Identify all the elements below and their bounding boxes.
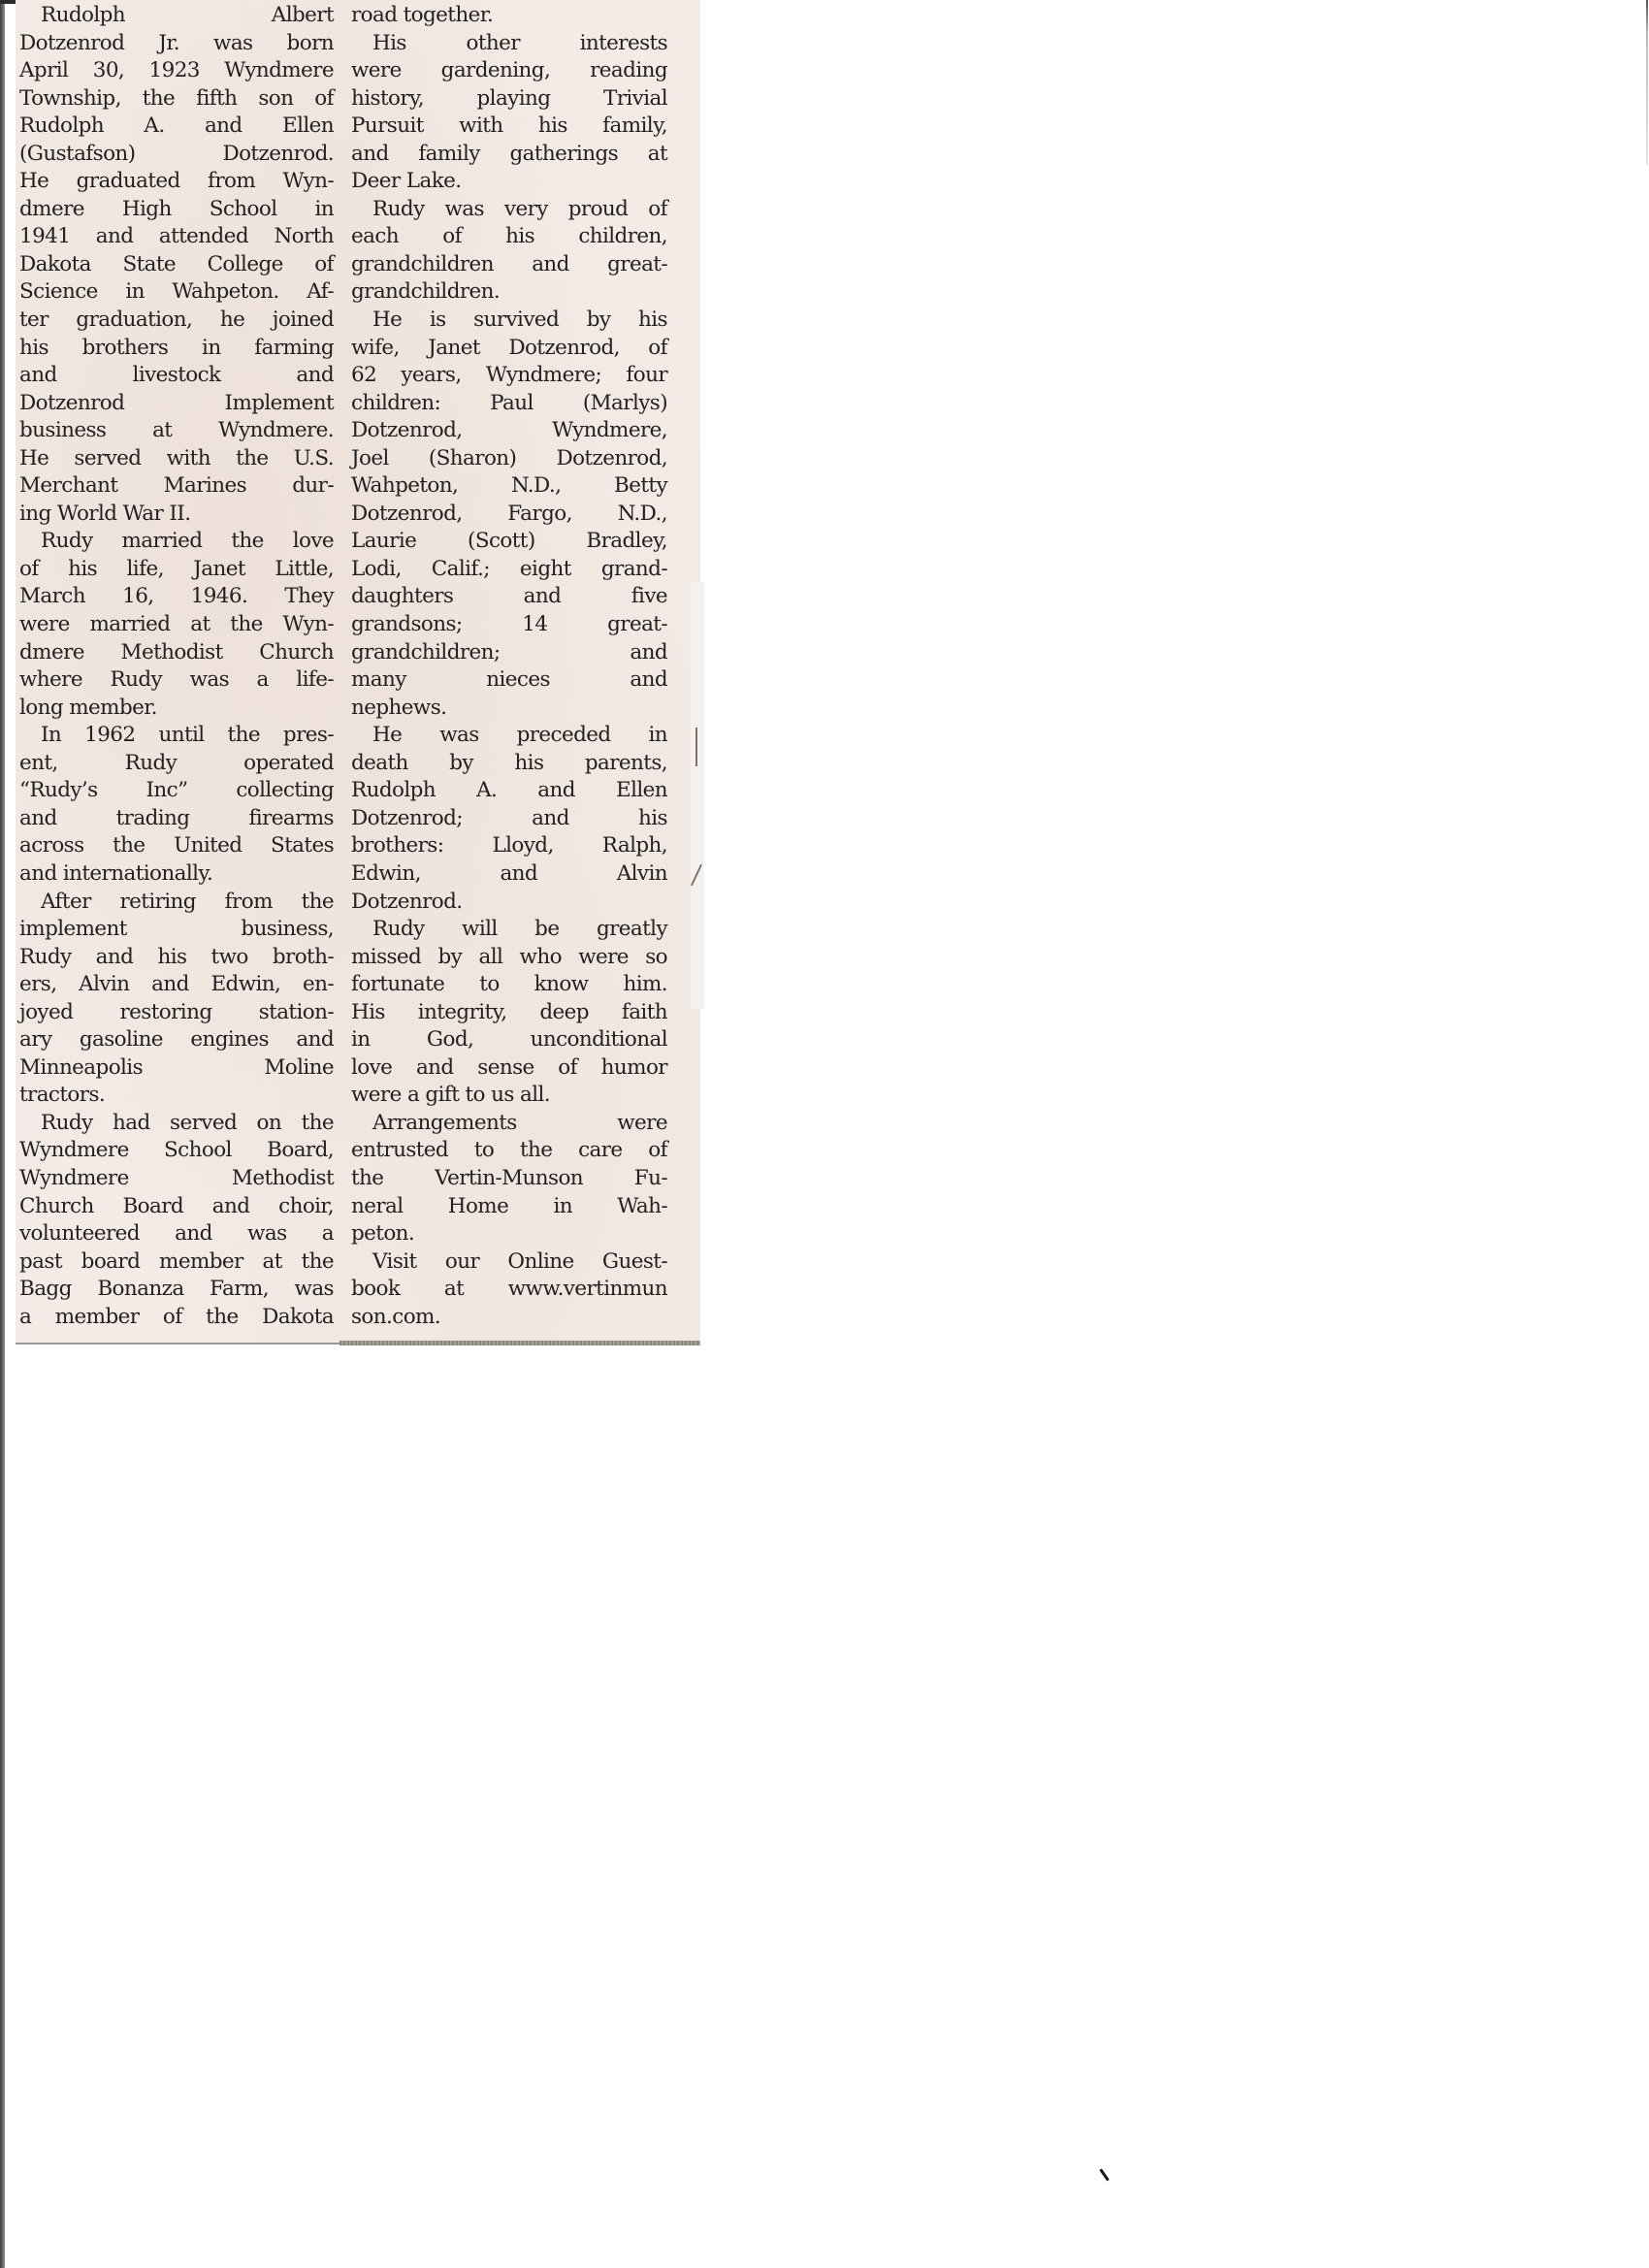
text-line: Dakota State College of [19, 251, 334, 279]
text-line: Rudy and his two broth- [19, 944, 334, 972]
text-line: nephews. [351, 695, 667, 723]
text-line: across the United States [19, 832, 334, 860]
text-line: Laurie (Scott) Bradley, [351, 528, 667, 556]
text-line: grandsons; 14 great- [351, 611, 667, 639]
text-line: children: Paul (Marlys) [351, 390, 667, 418]
text-line: Wyndmere Methodist [19, 1165, 334, 1193]
text-line: and livestock and [19, 362, 334, 390]
text-line: in God, unconditional [351, 1026, 667, 1054]
text-line: Wyndmere School Board, [19, 1137, 334, 1165]
text-line: of his life, Janet Little, [19, 556, 334, 584]
text-line: death by his parents, [351, 750, 667, 778]
text-line: grandchildren and great- [351, 251, 667, 279]
scan-speck-mark [1099, 2168, 1109, 2181]
text-line: Science in Wahpeton. Af- [19, 278, 334, 307]
text-line: peton. [351, 1220, 667, 1248]
text-line: Rudy was very proud of [351, 196, 667, 224]
text-line: ers, Alvin and Edwin, en- [19, 971, 334, 999]
text-line: brothers: Lloyd, Ralph, [351, 832, 667, 860]
text-line: Dotzenrod Jr. was born [19, 30, 334, 58]
clipping-bottom-edge [339, 1341, 700, 1345]
text-line: where Rudy was a life- [19, 666, 334, 695]
text-line: His other interests [351, 30, 667, 58]
text-line: Pursuit with his family, [351, 113, 667, 141]
text-line: 62 years, Wyndmere; four [351, 362, 667, 390]
text-line: history, playing Trivial [351, 85, 667, 113]
text-line: He is survived by his [351, 307, 667, 335]
text-line: Rudolph Albert [19, 2, 334, 30]
text-line: Deer Lake. [351, 168, 667, 196]
text-line: wife, Janet Dotzenrod, of [351, 335, 667, 363]
text-line: Joel (Sharon) Dotzenrod, [351, 445, 667, 473]
text-line: Township, the fifth son of [19, 85, 334, 113]
text-line: dmere High School in [19, 196, 334, 224]
text-line: many nieces and [351, 666, 667, 695]
text-line: After retiring from the [19, 889, 334, 917]
text-line: Lodi, Calif.; eight grand- [351, 556, 667, 584]
text-line: were gardening, reading [351, 57, 667, 85]
text-line: road together. [351, 2, 667, 30]
text-line: (Gustafson) Dotzenrod. [19, 141, 334, 169]
text-line: ing World War II. [19, 501, 334, 529]
text-line: entrusted to the care of [351, 1137, 667, 1165]
text-line: love and sense of humor [351, 1054, 667, 1083]
text-line: a member of the Dakota [19, 1304, 334, 1332]
scanner-left-edge [0, 0, 5, 2268]
paper-edge-mark [695, 728, 697, 766]
text-line: volunteered and was a [19, 1220, 334, 1248]
text-line: grandchildren. [351, 278, 667, 307]
text-line: implement business, [19, 916, 334, 944]
text-line: Dotzenrod; and his [351, 805, 667, 833]
text-line: He was preceded in [351, 722, 667, 750]
text-line: 1941 and attended North [19, 223, 334, 251]
text-line: Bagg Bonanza Farm, was [19, 1276, 334, 1304]
text-line: long member. [19, 695, 334, 723]
text-line: His integrity, deep faith [351, 999, 667, 1027]
text-line: He graduated from Wyn- [19, 168, 334, 196]
text-line: Visit our Online Guest- [351, 1248, 667, 1277]
text-line: were married at the Wyn- [19, 611, 334, 639]
text-line: son.com. [351, 1304, 667, 1332]
text-line: and internationally. [19, 860, 334, 889]
text-line: were a gift to us all. [351, 1082, 667, 1110]
scanner-right-edge [1646, 0, 1648, 165]
text-line: each of his children, [351, 223, 667, 251]
text-line: He served with the U.S. [19, 445, 334, 473]
obituary-column-2: road together.His other interestswere ga… [351, 2, 667, 1331]
text-line: Rudy will be greatly [351, 916, 667, 944]
clipping-overlap-strip [691, 582, 704, 1009]
text-line: Rudy had served on the [19, 1110, 334, 1138]
text-line: fortunate to know him. [351, 971, 667, 999]
text-line: his brothers in farming [19, 335, 334, 363]
text-line: ent, Rudy operated [19, 750, 334, 778]
text-line: Wahpeton, N.D., Betty [351, 472, 667, 501]
text-line: Edwin, and Alvin [351, 860, 667, 889]
text-line: tractors. [19, 1082, 334, 1110]
text-line: Rudy married the love [19, 528, 334, 556]
text-line: ter graduation, he joined [19, 307, 334, 335]
text-line: Church Board and choir, [19, 1193, 334, 1221]
text-line: the Vertin-Munson Fu- [351, 1165, 667, 1193]
text-line: ary gasoline engines and [19, 1026, 334, 1054]
text-line: In 1962 until the pres- [19, 722, 334, 750]
text-line: grandchildren; and [351, 639, 667, 667]
text-line: “Rudy’s Inc” collecting [19, 777, 334, 805]
text-line: April 30, 1923 Wyndmere [19, 57, 334, 85]
obituary-column-1: Rudolph AlbertDotzenrod Jr. was bornApri… [19, 2, 334, 1331]
text-line: joyed restoring station- [19, 999, 334, 1027]
text-line: business at Wyndmere. [19, 417, 334, 445]
text-line: dmere Methodist Church [19, 639, 334, 667]
text-line: Merchant Marines dur- [19, 472, 334, 501]
text-line: Dotzenrod. [351, 889, 667, 917]
text-line: March 16, 1946. They [19, 583, 334, 611]
text-line: and family gatherings at [351, 141, 667, 169]
text-line: Dotzenrod, Wyndmere, [351, 417, 667, 445]
text-line: Minneapolis Moline [19, 1054, 334, 1083]
text-line: neral Home in Wah- [351, 1193, 667, 1221]
text-line: Dotzenrod Implement [19, 390, 334, 418]
text-line: daughters and five [351, 583, 667, 611]
text-line: past board member at the [19, 1248, 334, 1277]
text-line: book at www.vertinmun [351, 1276, 667, 1304]
text-line: Dotzenrod, Fargo, N.D., [351, 501, 667, 529]
text-line: missed by all who were so [351, 944, 667, 972]
text-line: and trading firearms [19, 805, 334, 833]
text-line: Rudolph A. and Ellen [351, 777, 667, 805]
text-line: Rudolph A. and Ellen [19, 113, 334, 141]
text-line: Arrangements were [351, 1110, 667, 1138]
